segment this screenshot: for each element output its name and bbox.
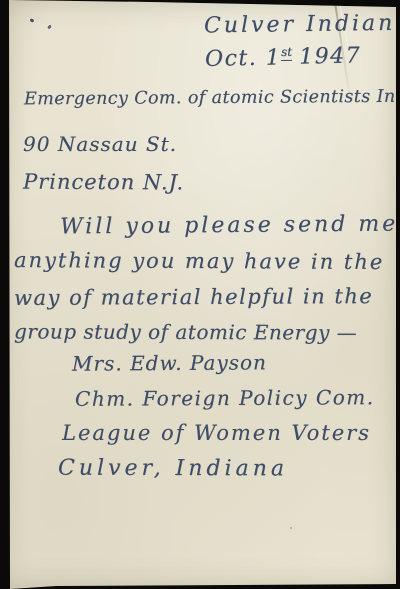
letter-date-ordinal: st: [281, 45, 292, 61]
body-line: anything you may have in the: [14, 248, 384, 274]
letter-date: Oct. 1st1947: [205, 43, 362, 72]
signature-name: Mrs. Edw. Payson: [72, 350, 267, 375]
recipient-street: 90 Nassau St.: [23, 132, 177, 156]
letter-date-year: 1947: [299, 44, 362, 70]
body-line: way of material helpful in the: [14, 284, 373, 310]
ink-speck: [30, 18, 35, 23]
recipient-organization: Emergency Com. of atomic Scientists Inc.: [24, 87, 400, 110]
signature-place: Culver, Indiana: [58, 456, 288, 482]
signature-organization: League of Women Voters: [62, 421, 371, 445]
letter-place: Culver Indiana: [204, 11, 400, 39]
signature-title: Chm. Foreign Policy Com.: [75, 385, 375, 411]
scanned-letter: Culver Indiana Oct. 1st1947 Emergency Co…: [0, 0, 400, 589]
ink-speck: [290, 527, 292, 529]
letter-date-day: Oct. 1: [205, 45, 282, 72]
ink-speck: [47, 25, 52, 30]
body-line: Will you please send me: [60, 212, 398, 240]
recipient-city: Princeton N.J.: [23, 170, 184, 195]
body-line: group study of atomic Energy —: [14, 319, 357, 344]
letter-paper: Culver Indiana Oct. 1st1947 Emergency Co…: [0, 0, 400, 589]
